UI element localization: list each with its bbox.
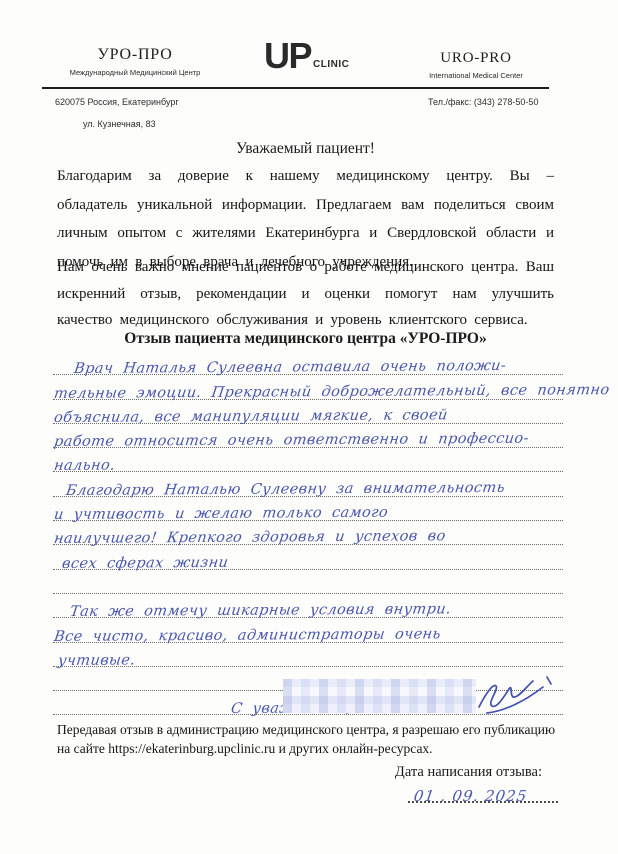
header-divider	[42, 87, 549, 89]
review-line: Все чисто, красиво, администраторы очень	[53, 618, 563, 642]
clinic-subtitle-en: International Medical Center	[402, 71, 550, 80]
address-line-2: ул. Кузнечная, 83	[83, 119, 156, 129]
signature-scribble	[473, 673, 557, 717]
clinic-subtitle-ru: Международный Медицинский Центр	[55, 68, 215, 77]
signature-line: С уважением,	[53, 691, 563, 715]
review-line: объяснила, все манипуляции мягкие, к сво…	[53, 400, 563, 424]
logo-clinic-text: CLINIC	[313, 59, 349, 70]
clinic-name-en: URO-PRO International Medical Center	[402, 50, 550, 80]
review-line: учтивые.	[53, 643, 563, 667]
review-section-title: Отзыв пациента медицинского центра «УРО-…	[57, 330, 554, 348]
publication-permission: Передавая отзыв в администрацию медицинс…	[57, 720, 567, 758]
up-clinic-logo: UP CLINIC	[264, 38, 349, 74]
review-line: Так же отмечу шикарные условия внутри.	[53, 594, 563, 618]
permission-line-1: Передавая отзыв в администрацию медицинс…	[57, 720, 567, 739]
review-line: и учтивость и желаю только самого	[53, 497, 563, 521]
review-line: наилучшего! Крепкого здоровья и успехов …	[53, 521, 563, 545]
logo-up-text: UP	[264, 38, 311, 74]
redacted-name-blur	[283, 679, 476, 713]
permission-line-2: на сайте https://ekaterinburg.upclinic.r…	[57, 739, 567, 758]
salutation: Уважаемый пациент!	[57, 140, 554, 158]
scanned-feedback-letter: УРО-ПРО Международный Медицинский Центр …	[0, 0, 618, 854]
purpose-paragraph: Нам очень важно мнение пациентов о работ…	[57, 254, 554, 334]
handwritten-review: Врач Наталья Сулеевна оставила очень пол…	[53, 351, 563, 715]
clinic-name-ru: УРО-ПРО Международный Медицинский Центр	[55, 46, 215, 77]
date-dotted-line: 01 . 09. 2025	[408, 780, 558, 803]
handwritten-date: 01 . 09. 2025	[413, 787, 529, 805]
review-line: нально.	[53, 448, 563, 472]
date-label: Дата написания отзыва:	[57, 764, 542, 781]
review-line: тельные эмоции. Прекрасный доброжелатель…	[53, 375, 563, 399]
review-line: Благодарю Наталью Сулеевну за внимательн…	[53, 472, 563, 496]
clinic-title-ru: УРО-ПРО	[55, 46, 215, 64]
clinic-title-en: URO-PRO	[402, 50, 550, 67]
review-line: работе относится очень ответственно и пр…	[53, 424, 563, 448]
phone-fax: Тел./факс: (343) 278-50-50	[428, 97, 538, 107]
review-line: Врач Наталья Сулеевна оставила очень пол…	[53, 351, 563, 375]
review-line: всех сферах жизни	[53, 545, 563, 569]
review-line-empty	[53, 570, 563, 594]
address-line-1: 620075 Россия, Екатеринбург	[55, 97, 179, 107]
